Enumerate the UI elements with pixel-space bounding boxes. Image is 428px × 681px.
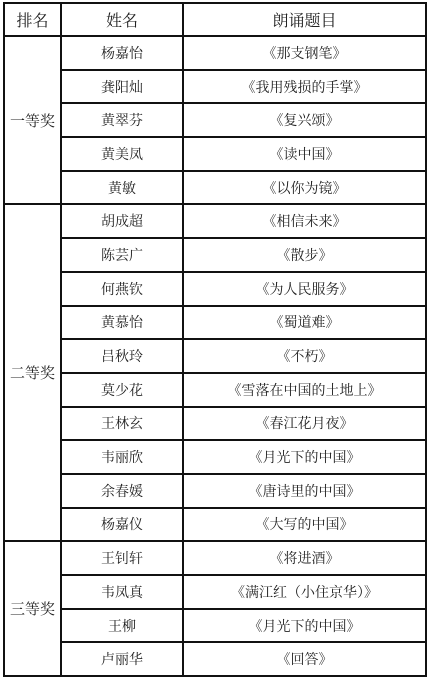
table-row: 卢丽华 《回答》 <box>4 642 426 676</box>
name-cell: 何燕钦 <box>61 272 183 306</box>
title-cell: 《满江红（小住京华）》 <box>183 575 426 609</box>
title-cell: 《相信未来》 <box>183 204 426 238</box>
name-cell: 卢丽华 <box>61 642 183 676</box>
title-cell: 《月光下的中国》 <box>183 440 426 474</box>
name-cell: 王林玄 <box>61 407 183 441</box>
title-cell: 《将进酒》 <box>183 541 426 575</box>
name-cell: 莫少花 <box>61 373 183 407</box>
title-cell: 《蜀道难》 <box>183 306 426 340</box>
name-cell: 王钊轩 <box>61 541 183 575</box>
table-row: 余春媛 《唐诗里的中国》 <box>4 474 426 508</box>
title-cell: 《春江花月夜》 <box>183 407 426 441</box>
name-cell: 黄慕怡 <box>61 306 183 340</box>
name-cell: 王柳 <box>61 609 183 643</box>
table-row: 莫少花 《雪落在中国的土地上》 <box>4 373 426 407</box>
table-row: 龚阳灿 《我用残损的手掌》 <box>4 70 426 104</box>
name-cell: 黄翠芬 <box>61 103 183 137</box>
name-cell: 黄美凤 <box>61 137 183 171</box>
table-row: 吕秋玲 《不朽》 <box>4 339 426 373</box>
name-cell: 杨嘉仪 <box>61 508 183 542</box>
header-rank: 排名 <box>4 3 61 36</box>
title-cell: 《唐诗里的中国》 <box>183 474 426 508</box>
name-cell: 陈芸广 <box>61 238 183 272</box>
table-row: 王林玄 《春江花月夜》 <box>4 407 426 441</box>
header-row: 排名 姓名 朗诵题目 <box>4 3 426 36</box>
table-row: 韦凤真 《满江红（小住京华）》 <box>4 575 426 609</box>
table-row: 王柳 《月光下的中国》 <box>4 609 426 643</box>
table-row: 三等奖 王钊轩 《将进酒》 <box>4 541 426 575</box>
table-row: 陈芸广 《散步》 <box>4 238 426 272</box>
title-cell: 《月光下的中国》 <box>183 609 426 643</box>
title-cell: 《我用残损的手掌》 <box>183 70 426 104</box>
title-cell: 《回答》 <box>183 642 426 676</box>
header-title: 朗诵题目 <box>183 3 426 36</box>
table-row: 一等奖 杨嘉怡 《那支钢笔》 <box>4 36 426 70</box>
name-cell: 吕秋玲 <box>61 339 183 373</box>
title-cell: 《读中国》 <box>183 137 426 171</box>
name-cell: 胡成超 <box>61 204 183 238</box>
table-row: 黄翠芬 《复兴颂》 <box>4 103 426 137</box>
name-cell: 韦凤真 <box>61 575 183 609</box>
table-row: 杨嘉仪 《大写的中国》 <box>4 508 426 542</box>
awards-table: 排名 姓名 朗诵题目 一等奖 杨嘉怡 《那支钢笔》 龚阳灿 《我用残损的手掌》 … <box>3 2 427 677</box>
rank-cell-first-prize: 一等奖 <box>4 36 61 204</box>
table-row: 韦丽欣 《月光下的中国》 <box>4 440 426 474</box>
rank-cell-third-prize: 三等奖 <box>4 541 61 676</box>
name-cell: 韦丽欣 <box>61 440 183 474</box>
title-cell: 《散步》 <box>183 238 426 272</box>
header-name: 姓名 <box>61 3 183 36</box>
title-cell: 《复兴颂》 <box>183 103 426 137</box>
table-row: 黄慕怡 《蜀道难》 <box>4 306 426 340</box>
title-cell: 《不朽》 <box>183 339 426 373</box>
title-cell: 《以你为镜》 <box>183 171 426 205</box>
name-cell: 黄敏 <box>61 171 183 205</box>
title-cell: 《大写的中国》 <box>183 508 426 542</box>
table-row: 二等奖 胡成超 《相信未来》 <box>4 204 426 238</box>
title-cell: 《那支钢笔》 <box>183 36 426 70</box>
name-cell: 余春媛 <box>61 474 183 508</box>
title-cell: 《雪落在中国的土地上》 <box>183 373 426 407</box>
table-row: 何燕钦 《为人民服务》 <box>4 272 426 306</box>
table-row: 黄敏 《以你为镜》 <box>4 171 426 205</box>
title-cell: 《为人民服务》 <box>183 272 426 306</box>
name-cell: 龚阳灿 <box>61 70 183 104</box>
rank-cell-second-prize: 二等奖 <box>4 204 61 541</box>
name-cell: 杨嘉怡 <box>61 36 183 70</box>
table-row: 黄美凤 《读中国》 <box>4 137 426 171</box>
